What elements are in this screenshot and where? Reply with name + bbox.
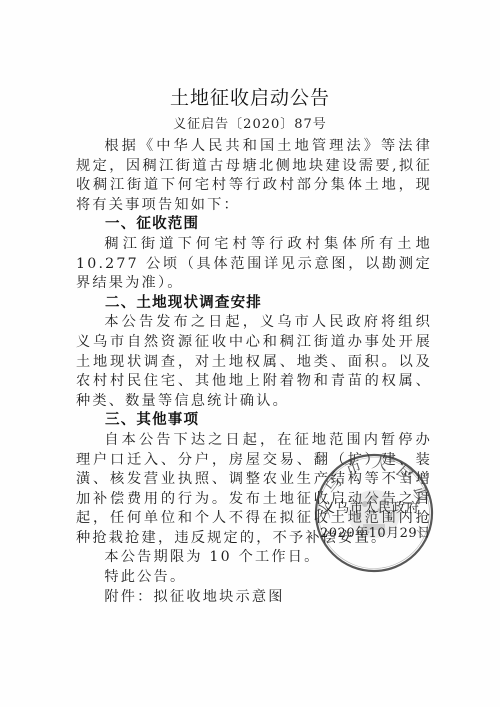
issue-date: 2020年10月29日 [320,525,431,543]
document-title: 土地征收启动公告 [0,86,500,110]
document-number: 义征启告〔2020〕87号 [0,116,500,134]
document-page: 土地征收启动公告 义征启告〔2020〕87号 根据《中华人民共和国土地管理法》等… [0,0,500,707]
issuer-name: 义乌市人民政府 [322,500,420,518]
section-heading-other: 三、其他事项 [76,411,432,431]
section-text-survey: 本公告发布之日起，义乌市人民政府将组织义乌市自然资源征收中心和稠江街道办事处开展… [76,313,432,411]
section-text-scope: 稠江街道下何宅村等行政村集体所有土地 10.277 公顷（具体范围详见示意图，以… [76,235,432,294]
attachment-line: 附件：拟征收地块示意图 [76,588,432,608]
section-heading-scope: 一、征收范围 [76,215,432,235]
intro-paragraph: 根据《中华人民共和国土地管理法》等法律规定，因稠江街道古母塘北侧地块建设需要,拟… [76,137,432,215]
section-heading-survey: 二、土地现状调查安排 [76,294,432,314]
